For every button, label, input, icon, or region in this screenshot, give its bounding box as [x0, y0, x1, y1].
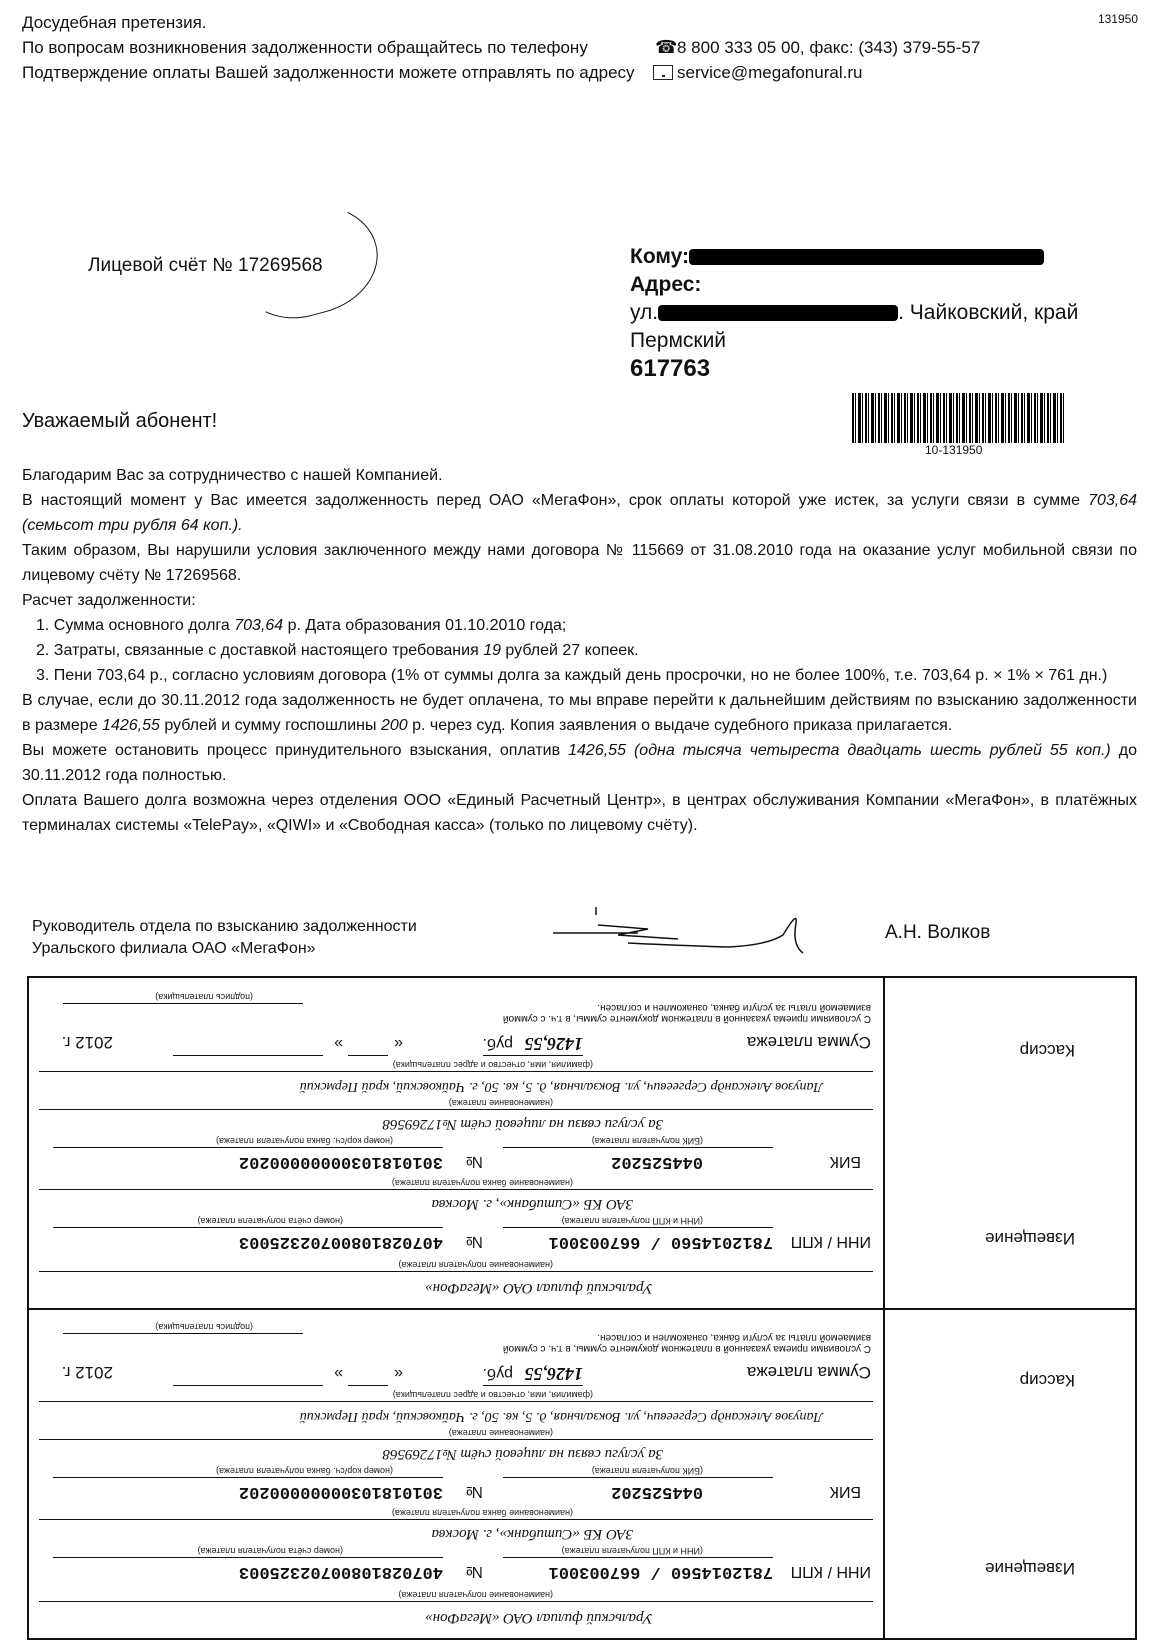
barcode [852, 393, 1065, 443]
signer-name: А.Н. Волков [885, 922, 990, 944]
calc-item-3: 3. Пени 703,64 р., согласно условиям дог… [22, 663, 1137, 688]
slip-sum-label: Сумма платежа [747, 1032, 871, 1052]
paragraph-court: В случае, если до 30.11.2012 года задолж… [22, 688, 1137, 738]
slip-recipient-name: Уральский филиал ОАО «МегаФон» [425, 1609, 653, 1626]
slip-bik-value: 044525202 [611, 1482, 703, 1501]
document-number: 131950 [1098, 12, 1138, 26]
recipient-region: Пермский [630, 327, 1078, 355]
slip-purpose: За услуги связи на лицевой счёт №1726956… [383, 1115, 663, 1132]
recipient-address-label: Адрес: [630, 273, 701, 296]
phone-number[interactable]: 8 800 333 05 00, факс: (343) 379-55-57 [677, 38, 980, 57]
slip-purpose: За услуги связи на лицевой счёт №1726956… [383, 1445, 663, 1462]
paragraph-violation: Таким образом, Вы нарушили условия заклю… [22, 538, 1137, 588]
phone-icon: ☎ [655, 35, 677, 60]
redacted-street [658, 305, 898, 321]
header-email-prompt: Подтверждение оплаты Вашей задолженности… [22, 60, 635, 85]
header-email: service@megafonural.ru [653, 60, 862, 85]
slip-account-value: 40702810800702325003 [239, 1562, 443, 1581]
slip-sum-label: Сумма платежа [747, 1362, 871, 1382]
header-phone-prompt: По вопросам возникновения задолженности … [22, 35, 588, 60]
slip-main: Уральский филиал ОАО «МегаФон» (наименов… [29, 978, 883, 1308]
barcode-label: 10-131950 [925, 443, 982, 457]
slip-sum-value: 1426,55 [525, 1363, 584, 1384]
calc-item-2: 2. Затраты, связанные с доставкой настоя… [22, 638, 1137, 663]
slip-cashier-label: Кассир [1020, 1040, 1075, 1060]
slip-inn-kpp-value: 7812014560 / 667003001 [549, 1232, 773, 1251]
slip-terms: С условиями приема указанной в платежном… [451, 1332, 871, 1354]
recipient-city: . Чайковский, край [898, 301, 1078, 324]
slip-inn-kpp-label: ИНН / КПП [791, 1562, 871, 1580]
slip-side: Извещение Кассир [883, 978, 1135, 1308]
slip-account-value: 40702810800702325003 [239, 1232, 443, 1251]
slip-bik-label: БИК [830, 1482, 861, 1500]
salutation: Уважаемый абонент! [22, 410, 217, 433]
redacted-name [689, 249, 1044, 265]
slip-main: Уральский филиал ОАО «МегаФон» (наименов… [29, 1310, 883, 1638]
payment-form: Извещение Кассир Уральский филиал ОАО «М… [27, 976, 1137, 1640]
header-phone: ☎8 800 333 05 00, факс: (343) 379-55-57 [655, 35, 980, 60]
slip-corr-value: 30101810300000000202 [239, 1482, 443, 1501]
slip-payer: Лапузов Александр Сергеевич, ул. Вокзаль… [300, 1408, 823, 1424]
slip-notice-label: Извещение [985, 1228, 1075, 1248]
slip-inn-kpp-label: ИНН / КПП [791, 1232, 871, 1250]
paragraph-debt: В настоящий момент у Вас имеется задолже… [22, 488, 1137, 538]
slip-year: 2012 г. [62, 1032, 113, 1052]
paragraph-payment-options: Оплата Вашего долга возможна через отдел… [22, 788, 1137, 838]
calc-heading: Расчет задолженности: [22, 588, 1137, 613]
slip-year: 2012 г. [62, 1362, 113, 1382]
letter-body: Благодарим Вас за сотрудничество с нашей… [22, 463, 1137, 838]
slip-terms: С условиями приема указанной в платежном… [451, 1002, 871, 1024]
calc-item-1: 1. Сумма основного долга 703,64 р. Дата … [22, 613, 1137, 638]
recipient-to-label: Кому: [630, 245, 689, 268]
header-title: Досудебная претензия. [22, 10, 207, 35]
email-icon [653, 65, 673, 80]
slip-bank-name: ЗАО КБ «Ситибанк», г. Москва [431, 1525, 633, 1542]
slip-recipient-name: Уральский филиал ОАО «МегаФон» [425, 1279, 653, 1296]
street-prefix: ул. [630, 301, 658, 324]
slip-inn-kpp-value: 7812014560 / 667003001 [549, 1562, 773, 1581]
email-link[interactable]: service@megafonural.ru [677, 63, 862, 82]
payment-slip-2: Извещение Кассир Уральский филиал ОАО «М… [29, 978, 1135, 1308]
recipient-postcode: 617763 [630, 355, 1078, 383]
recipient-block: Кому: Адрес: ул.. Чайковский, край Пермс… [630, 243, 1078, 383]
payment-slip-1: Извещение Кассир Уральский филиал ОАО «М… [29, 1308, 1135, 1638]
slip-notice-label: Извещение [985, 1558, 1075, 1578]
signer-title: Руководитель отдела по взысканию задолже… [32, 916, 417, 960]
slip-side: Извещение Кассир [883, 1310, 1135, 1638]
slip-cashier-label: Кассир [1020, 1370, 1075, 1390]
handwritten-circle [226, 189, 390, 331]
slip-bik-label: БИК [830, 1152, 861, 1170]
paragraph-thanks: Благодарим Вас за сотрудничество с нашей… [22, 463, 1137, 488]
slip-sum-value: 1426,55 [525, 1033, 584, 1054]
slip-bik-value: 044525202 [611, 1152, 703, 1171]
handwritten-signature [548, 905, 848, 955]
slip-payer: Лапузов Александр Сергеевич, ул. Вокзаль… [300, 1078, 823, 1094]
slip-bank-name: ЗАО КБ «Ситибанк», г. Москва [431, 1195, 633, 1212]
paragraph-stop: Вы можете остановить процесс принудитель… [22, 738, 1137, 788]
slip-corr-value: 30101810300000000202 [239, 1152, 443, 1171]
